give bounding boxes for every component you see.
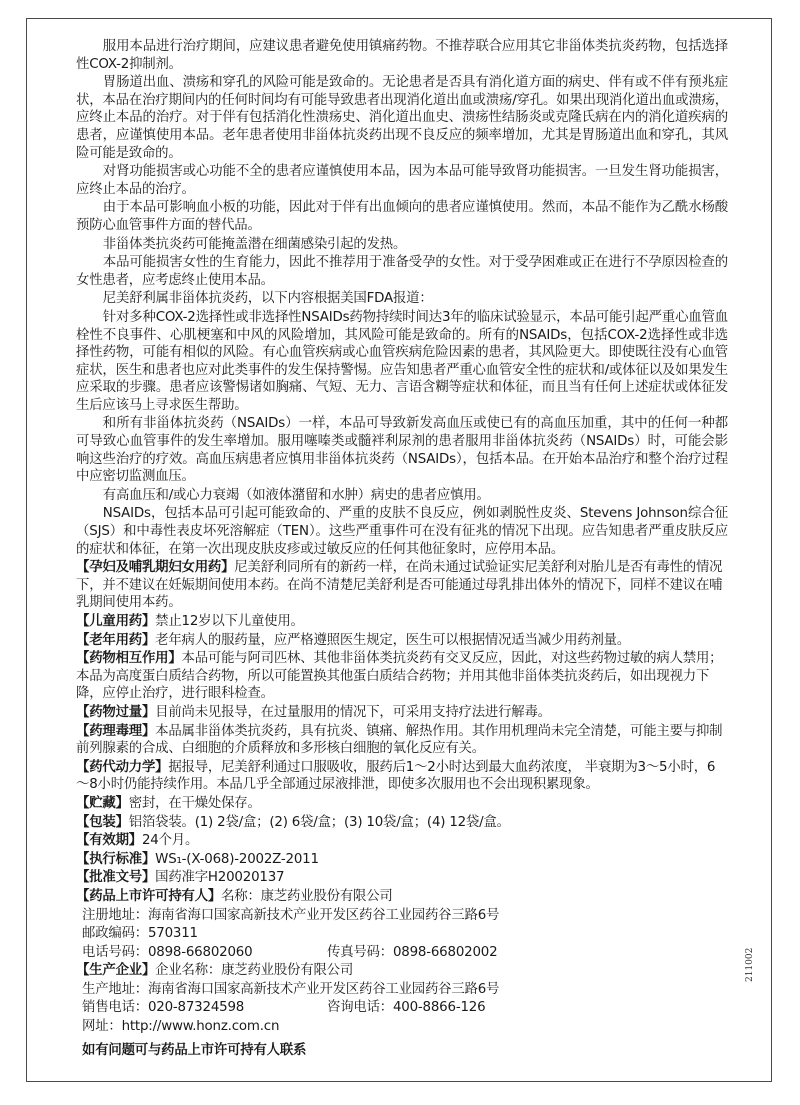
section-text: 国药准字H20020137: [155, 870, 284, 885]
section-text: WS₁-(X-068)-2002Z-2011: [155, 852, 319, 867]
holder-reg-address: 注册地址：海南省海口国家高新技术产业开发区药谷工业园药谷三路6号: [76, 907, 728, 925]
paragraph-platelet: 由于本品可影响血小板的功能，因此对于伴有出血倾向的患者应谨慎使用。然而，本品不能…: [76, 199, 728, 234]
section-text: 禁止12岁以下儿童使用。: [155, 614, 304, 629]
section-pregnancy: 【孕妇及哺乳期妇女用药】尼美舒利同所有的新药一样，在尚未通过试验证实尼美舒利对胎…: [76, 559, 728, 612]
section-pharmacokinetics: 【药代动力学】据报导，尼美舒利通过口服吸收，服药后1～2小时达到最大血药浓度， …: [76, 759, 728, 794]
section-label: 【有效期】: [76, 833, 142, 848]
section-label: 【贮藏】: [76, 796, 129, 811]
section-label: 【药物过量】: [76, 705, 155, 720]
section-text: 据报导，尼美舒利通过口服吸收，服药后1～2小时达到最大血药浓度， 半衰期为3～5…: [76, 760, 715, 793]
section-label: 【老年用药】: [76, 633, 155, 648]
holder-postcode: 邮政编码：570311: [76, 925, 728, 943]
holder-fax: 传真号码：0898-66802002: [327, 944, 497, 962]
section-shelf-life: 【有效期】24个月。: [76, 832, 728, 850]
section-label: 【执行标准】: [76, 852, 155, 867]
section-interactions: 【药物相互作用】本品可能与阿司匹林、其他非甾体类抗炎药有交叉反应，因此，对这些药…: [76, 650, 728, 703]
section-label: 【批准文号】: [76, 870, 155, 885]
paragraph-renal: 对肾功能损害或心功能不全的患者应谨慎使用本品，因为本品可能导致肾功能损害。一旦发…: [76, 163, 728, 198]
section-label: 【药理毒理】: [76, 724, 155, 739]
paragraph-skin-reactions: NSAIDs，包括本品可引起可能致命的、严重的皮肤不良反应，例如剥脱性皮炎、St…: [76, 505, 728, 558]
paragraph-fever-masking: 非甾体类抗炎药可能掩盖潜在细菌感染引起的发热。: [76, 236, 728, 254]
section-label: 【药代动力学】: [76, 760, 168, 775]
manufacturer-contact-row: 销售电话：020-87324598 咨询电话：400-8866-126: [76, 999, 728, 1017]
sales-phone: 销售电话：020-87324598: [82, 999, 327, 1017]
holder-contact-row: 电话号码：0898-66802060 传真号码：0898-66802002: [76, 944, 728, 962]
paragraph-heart-failure: 有高血压和/或心力衰竭（如液体潴留和水肿）病史的患者应慎用。: [76, 487, 728, 505]
manufacturer-name: 企业名称：康芝药业股份有限公司: [155, 963, 353, 978]
paragraph-cardiovascular: 针对多种COX-2选择性或非选择性NSAIDs药物持续时间达3年的临床试验显示，…: [76, 309, 728, 415]
section-packaging: 【包装】铝箔袋装。(1) 2袋/盒；(2) 6袋/盒；(3) 10袋/盒；(4)…: [76, 814, 728, 832]
holder-name: 名称：康芝药业股份有限公司: [221, 889, 392, 904]
paragraph-fertility: 本品可能损害女性的生育能力，因此不推荐用于准备受孕的女性。对于受孕困难或正在进行…: [76, 254, 728, 289]
holder-phone: 电话号码：0898-66802060: [82, 944, 327, 962]
section-label: 【孕妇及哺乳期妇女用药】: [76, 560, 234, 575]
section-label: 【儿童用药】: [76, 614, 155, 629]
paragraph-analgesic-warning: 服用本品进行治疗期间，应建议患者避免使用镇痛药物。不推荐联合应用其它非甾体类抗炎…: [76, 38, 728, 73]
consult-phone: 咨询电话：400-8866-126: [327, 999, 485, 1017]
holder-label: 【药品上市许可持有人】: [76, 889, 221, 904]
section-text: 老年病人的服药量，应严格遵照医生规定，医生可以根据情况适当减少用药剂量。: [155, 633, 630, 648]
holder-block: 【药品上市许可持有人】名称：康芝药业股份有限公司 注册地址：海南省海口国家高新技…: [76, 888, 728, 961]
section-text: 密封，在干燥处保存。: [129, 796, 261, 811]
section-pediatric: 【儿童用药】禁止12岁以下儿童使用。: [76, 613, 728, 631]
print-code: 211002: [745, 948, 755, 982]
section-standard: 【执行标准】WS₁-(X-068)-2002Z-2011: [76, 851, 728, 869]
manufacturer-name-line: 【生产企业】企业名称：康芝药业股份有限公司: [76, 962, 728, 980]
section-overdose: 【药物过量】目前尚未见报导，在过量服用的情况下，可采用支持疗法进行解毒。: [76, 704, 728, 722]
paragraph-fda-intro: 尼美舒利属非甾体抗炎药，以下内容根据美国FDA报道：: [76, 290, 728, 308]
section-text: 目前尚未见报导，在过量服用的情况下，可采用支持疗法进行解毒。: [155, 705, 551, 720]
section-text: 24个月。: [142, 833, 198, 848]
manufacturer-address: 生产地址：海南省海口国家高新技术产业开发区药谷工业园药谷三路6号: [76, 981, 728, 999]
holder-name-line: 【药品上市许可持有人】名称：康芝药业股份有限公司: [76, 888, 728, 906]
contact-note: 如有问题可与药品上市许可持有人联系: [76, 1042, 728, 1060]
section-pharmacology: 【药理毒理】本品属非甾体类抗炎药，具有抗炎、镇痛、解热作用。其作用机理尚未完全清…: [76, 723, 728, 758]
leaflet-content: 服用本品进行治疗期间，应建议患者避免使用镇痛药物。不推荐联合应用其它非甾体类抗炎…: [76, 38, 728, 1073]
section-geriatric: 【老年用药】老年病人的服药量，应严格遵照医生规定，医生可以根据情况适当减少用药剂…: [76, 632, 728, 650]
section-text: 铝箔袋装。(1) 2袋/盒；(2) 6袋/盒；(3) 10袋/盒；(4) 12袋…: [129, 815, 510, 830]
section-text: 本品属非甾体类抗炎药，具有抗炎、镇痛、解热作用。其作用机理尚未完全清楚，可能主要…: [76, 724, 722, 757]
section-label: 【药物相互作用】: [76, 651, 182, 666]
section-approval-number: 【批准文号】国药准字H20020137: [76, 869, 728, 887]
paragraph-gi-bleeding: 胃肠道出血、溃疡和穿孔的风险可能是致命的。无论患者是否具有消化道方面的病史、伴有…: [76, 74, 728, 162]
website-link[interactable]: 网址：http://www.honz.com.cn: [76, 1018, 728, 1036]
paragraph-hypertension: 和所有非甾体抗炎药（NSAIDs）一样，本品可导致新发高血压或使已有的高血压加重…: [76, 415, 728, 485]
manufacturer-label: 【生产企业】: [76, 963, 155, 978]
section-label: 【包装】: [76, 815, 129, 830]
manufacturer-block: 【生产企业】企业名称：康芝药业股份有限公司 生产地址：海南省海口国家高新技术产业…: [76, 962, 728, 1035]
section-storage: 【贮藏】密封，在干燥处保存。: [76, 795, 728, 813]
